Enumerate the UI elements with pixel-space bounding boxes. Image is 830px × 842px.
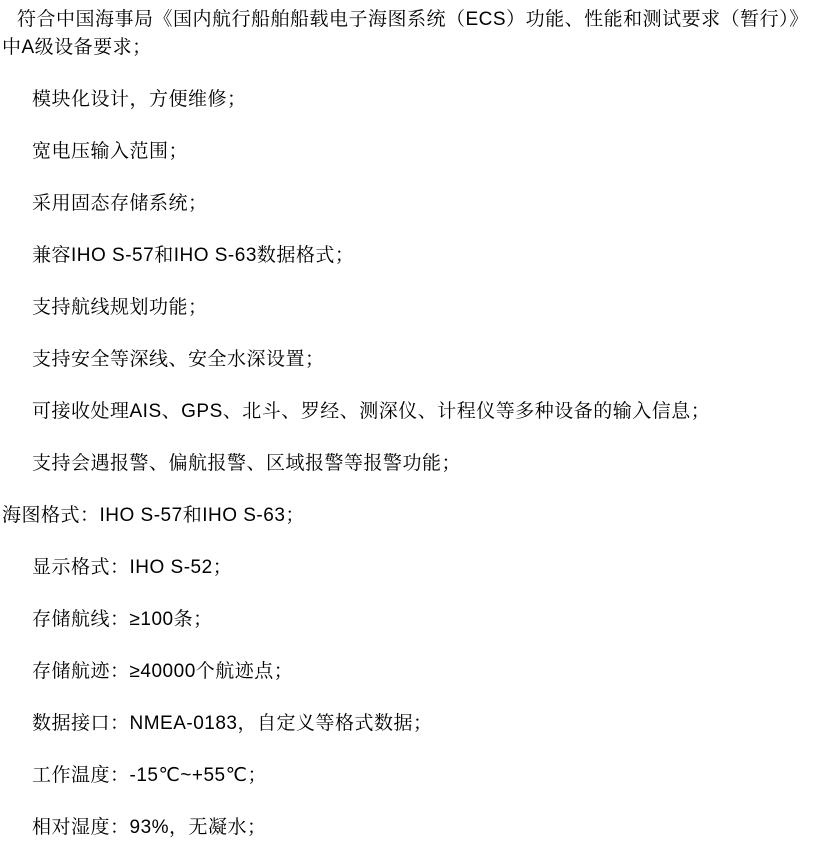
paragraph-compliance: 符合中国海事局《国内航行船舶船载电子海图系统（ECS）功能、性能和测试要求（暂行… (2, 6, 802, 62)
spec-item-safety-depth: 支持安全等深线、安全水深设置； (2, 346, 816, 374)
spec-document: 符合中国海事局《国内航行船舶船载电子海图系统（ECS）功能、性能和测试要求（暂行… (0, 0, 830, 842)
spec-item-wide-voltage: 宽电压输入范围； (2, 138, 816, 166)
spec-item-route-planning: 支持航线规划功能； (2, 294, 816, 322)
spec-relative-humidity: 相对湿度：93%，无凝水； (2, 814, 816, 842)
spec-item-device-inputs: 可接收处理AIS、GPS、北斗、罗经、测深仪、计程仪等多种设备的输入信息； (2, 398, 816, 426)
spec-operating-temperature: 工作温度：-15℃~+55℃； (2, 762, 816, 790)
spec-item-modular-design: 模块化设计，方便维修； (2, 86, 816, 114)
spec-route-storage: 存储航线：≥100条； (2, 606, 816, 634)
spec-display-format: 显示格式：IHO S-52； (2, 554, 816, 582)
spec-data-interface: 数据接口：NMEA-0183，自定义等格式数据； (2, 710, 816, 738)
spec-track-storage: 存储航迹：≥40000个航迹点； (2, 658, 816, 686)
spec-chart-format: 海图格式：IHO S-57和IHO S-63； (2, 502, 802, 530)
spec-item-solid-state-storage: 采用固态存储系统； (2, 190, 816, 218)
spec-item-data-format-compat: 兼容IHO S-57和IHO S-63数据格式； (2, 242, 816, 270)
spec-item-alarms: 支持会遇报警、偏航报警、区域报警等报警功能； (2, 450, 816, 478)
